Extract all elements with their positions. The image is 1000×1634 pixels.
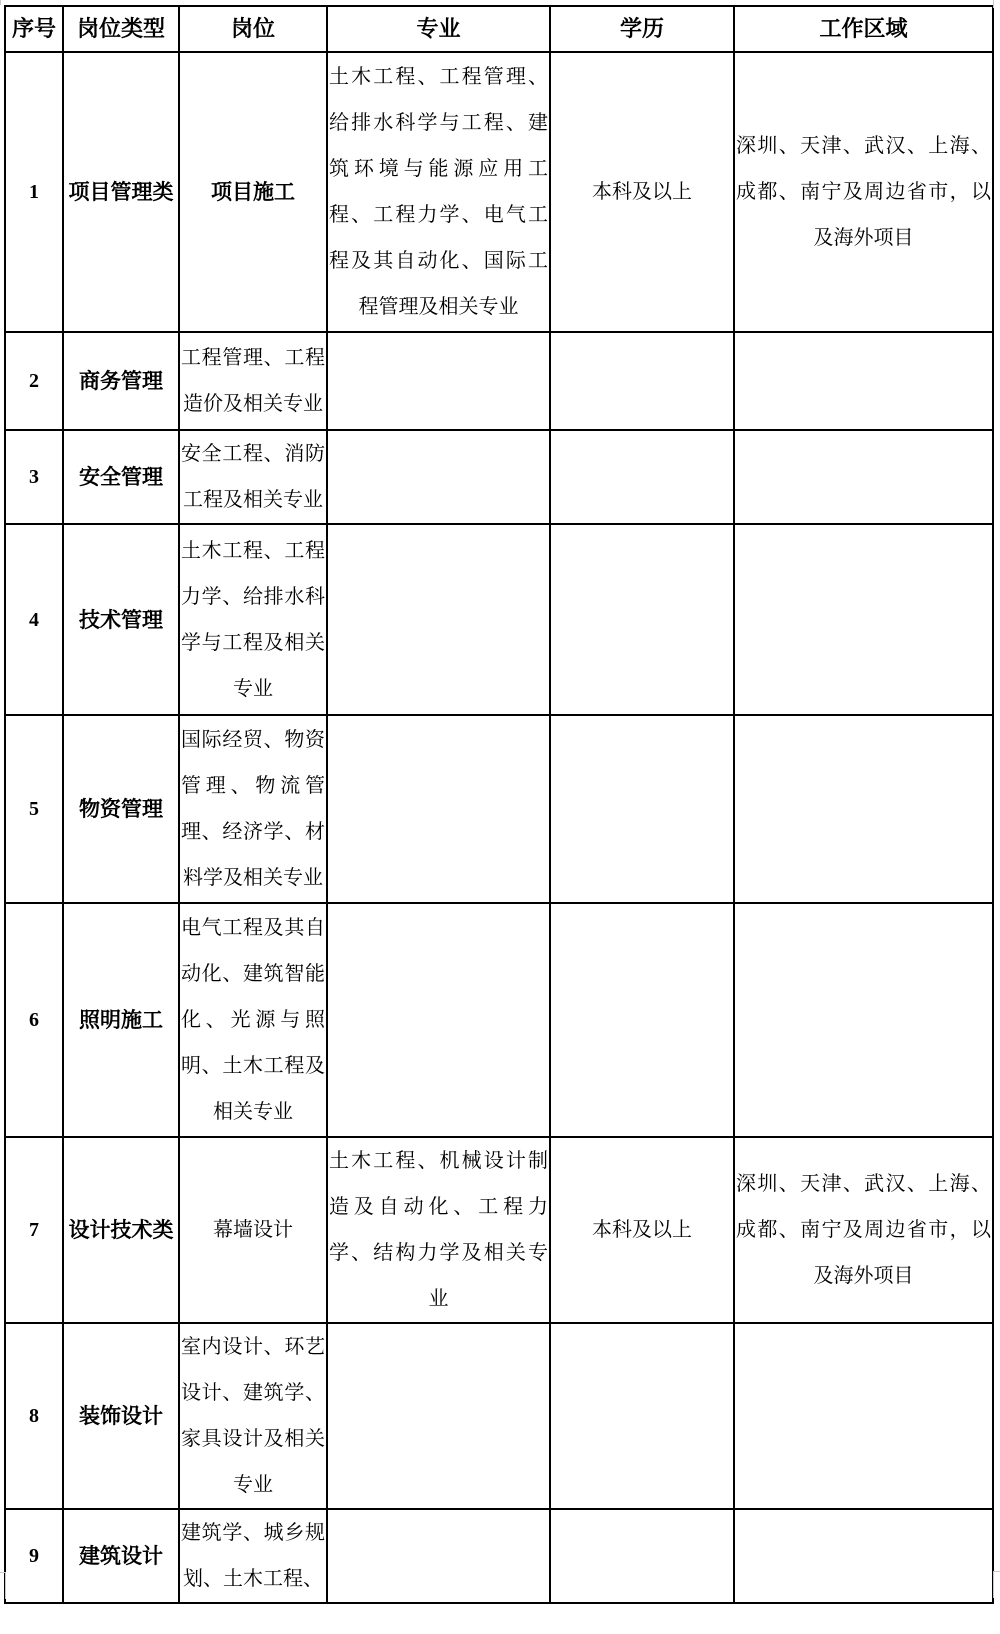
cell-degree xyxy=(550,903,734,1137)
cell-type: 建筑设计 xyxy=(63,1509,179,1603)
header-post: 岗位 xyxy=(179,6,327,52)
cell-type: 项目管理类 xyxy=(63,52,179,332)
cell-post: 电气工程及其自动化、建筑智能化、光源与照明、土木工程及相关专业 xyxy=(179,903,327,1137)
cell-region xyxy=(734,430,993,524)
cell-type: 设计技术类 xyxy=(63,1137,179,1323)
cell-major: 土木工程、工程管理、给排水科学与工程、建筑环境与能源应用工程、工程力学、电气工程… xyxy=(327,52,550,332)
cell-no: 5 xyxy=(5,715,63,903)
cell-major xyxy=(327,332,550,430)
cell-post: 建筑学、城乡规划、土木工程、 xyxy=(179,1509,327,1603)
header-type: 岗位类型 xyxy=(63,6,179,52)
table-row: 5 物资管理 国际经贸、物资管理、物流管理、经济学、材料学及相关专业 xyxy=(5,715,993,903)
header-degree: 学历 xyxy=(550,6,734,52)
cell-major xyxy=(327,430,550,524)
cell-no: 9 xyxy=(5,1509,63,1603)
page-edge-mark-top-left xyxy=(0,0,1,5)
cell-major xyxy=(327,715,550,903)
cell-region xyxy=(734,332,993,430)
cell-no: 4 xyxy=(5,524,63,715)
cell-type: 照明施工 xyxy=(63,903,179,1137)
cell-major: 土木工程、机械设计制造及自动化、工程力学、结构力学及相关专业 xyxy=(327,1137,550,1323)
cell-type: 安全管理 xyxy=(63,430,179,524)
cell-type: 装饰设计 xyxy=(63,1323,179,1509)
table-row: 7 设计技术类 幕墙设计 土木工程、机械设计制造及自动化、工程力学、结构力学及相… xyxy=(5,1137,993,1323)
cell-no: 8 xyxy=(5,1323,63,1509)
next-page-corner-mark-left xyxy=(0,1572,6,1599)
cell-degree xyxy=(550,1509,734,1603)
cell-post: 土木工程、工程力学、给排水科学与工程及相关专业 xyxy=(179,524,327,715)
cell-degree: 本科及以上 xyxy=(550,1137,734,1323)
cell-major xyxy=(327,1323,550,1509)
cell-type: 商务管理 xyxy=(63,332,179,430)
header-region: 工作区域 xyxy=(734,6,993,52)
cell-region xyxy=(734,903,993,1137)
cell-region xyxy=(734,1509,993,1603)
cell-type: 物资管理 xyxy=(63,715,179,903)
table-row: 1 项目管理类 项目施工 土木工程、工程管理、给排水科学与工程、建筑环境与能源应… xyxy=(5,52,993,332)
header-no: 序号 xyxy=(5,6,63,52)
cell-region: 深圳、天津、武汉、上海、成都、南宁及周边省市，以及海外项目 xyxy=(734,1137,993,1323)
cell-degree xyxy=(550,715,734,903)
cell-degree xyxy=(550,1323,734,1509)
document-page: { "colors": { "border": "#000000", "page… xyxy=(0,0,1000,1634)
table-row: 3 安全管理 安全工程、消防工程及相关专业 xyxy=(5,430,993,524)
cell-region: 深圳、天津、武汉、上海、成都、南宁及周边省市，以及海外项目 xyxy=(734,52,993,332)
cell-major xyxy=(327,1509,550,1603)
recruitment-table: 序号 岗位类型 岗位 专业 学历 工作区域 1 项目管理类 项目施工 土木工程、… xyxy=(4,5,994,1604)
table-row: 4 技术管理 土木工程、工程力学、给排水科学与工程及相关专业 xyxy=(5,524,993,715)
cell-degree: 本科及以上 xyxy=(550,52,734,332)
cell-no: 3 xyxy=(5,430,63,524)
table-row: 8 装饰设计 室内设计、环艺设计、建筑学、家具设计及相关专业 xyxy=(5,1323,993,1509)
table-row: 9 建筑设计 建筑学、城乡规划、土木工程、 xyxy=(5,1509,993,1603)
header-row: 序号 岗位类型 岗位 专业 学历 工作区域 xyxy=(5,6,993,52)
cell-post: 室内设计、环艺设计、建筑学、家具设计及相关专业 xyxy=(179,1323,327,1509)
cell-no: 6 xyxy=(5,903,63,1137)
cell-major xyxy=(327,524,550,715)
cell-region xyxy=(734,715,993,903)
cell-post: 国际经贸、物资管理、物流管理、经济学、材料学及相关专业 xyxy=(179,715,327,903)
cell-post: 项目施工 xyxy=(179,52,327,332)
next-page-corner-mark-right xyxy=(993,1571,1000,1598)
cell-no: 1 xyxy=(5,52,63,332)
cell-region xyxy=(734,524,993,715)
page-edge-mark-top-right xyxy=(993,0,994,8)
cell-region xyxy=(734,1323,993,1509)
cell-no: 2 xyxy=(5,332,63,430)
cell-post: 工程管理、工程造价及相关专业 xyxy=(179,332,327,430)
cell-major xyxy=(327,903,550,1137)
cell-no: 7 xyxy=(5,1137,63,1323)
cell-post: 安全工程、消防工程及相关专业 xyxy=(179,430,327,524)
cell-degree xyxy=(550,430,734,524)
table-row: 6 照明施工 电气工程及其自动化、建筑智能化、光源与照明、土木工程及相关专业 xyxy=(5,903,993,1137)
header-major: 专业 xyxy=(327,6,550,52)
cell-post: 幕墙设计 xyxy=(179,1137,327,1323)
cell-degree xyxy=(550,332,734,430)
cell-degree xyxy=(550,524,734,715)
cell-type: 技术管理 xyxy=(63,524,179,715)
table-row: 2 商务管理 工程管理、工程造价及相关专业 xyxy=(5,332,993,430)
